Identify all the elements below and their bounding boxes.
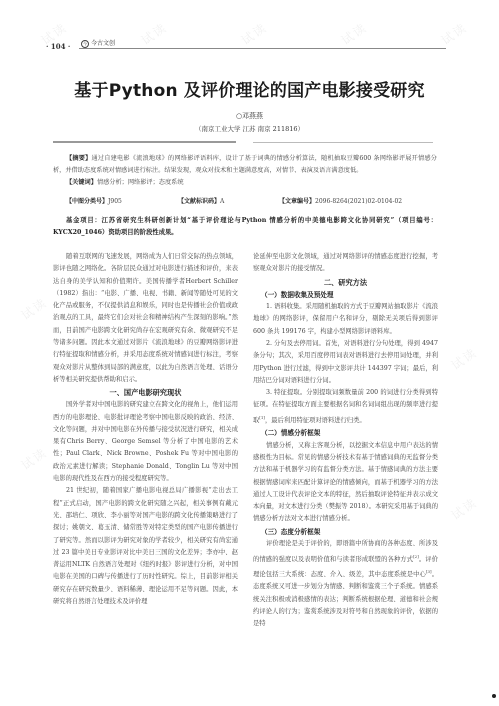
article-number: 【文章编号】2096-8264(2021)02-0104-02 <box>279 196 402 205</box>
header-rule <box>79 48 446 49</box>
page-number: · 104 · <box>46 42 70 51</box>
running-head: · 104 · 今今古文创 <box>46 38 446 52</box>
subsection-heading-1: （一）数据收集及预处理 <box>253 289 438 302</box>
subsection-heading-2: （二）情感分析框架 <box>253 427 438 440</box>
intro-paragraph: 随着互联网的飞速发展，网络成为人们日常交际的热点领域，影评也随之网络化。各阶层民… <box>53 251 238 386</box>
list-item: 1. 语料收集。采用随机抽取的方式于豆瓣网站抽取影片《流浪地球》的网络影评，保留… <box>253 301 438 338</box>
doc-code: 【文献标识码】A <box>178 196 224 205</box>
list-item: 2. 分句及去停用词。首先，对语料进行分句处理，得到 4947 条分句；其次，采… <box>253 338 438 387</box>
section-heading-1: 一、国产电影研究现状 <box>53 387 238 399</box>
paragraph: 国外学者对中国电影的研究建立在跨文化的视角上，他们运用西方的电影理论、电影批评理… <box>53 399 238 485</box>
subsection-heading-3: （三）态度分析框架 <box>253 526 438 539</box>
watermark: 试读 <box>18 294 51 324</box>
paragraph-continued: 论延伸至电影文化领域，通过对网络影评的情感态度进行挖掘，考察观众对影片的接受情况… <box>253 251 438 276</box>
keywords-text: 情感分析；网络影评；态度系统 <box>97 179 184 186</box>
author: ○邓燕燕 <box>0 111 499 121</box>
left-column: 随着互联网的飞速发展，网络成为人们日常交际的热点领域，影评也随之网络化。各阶层民… <box>53 251 238 608</box>
keywords: 【关键词】情感分析；网络影评；态度系统 <box>53 177 437 189</box>
paragraph: 情感分析，又称主客观分析，以挖掘文本信息中用户表达的情感极性为目标。常见的情感分… <box>253 440 438 526</box>
keywords-label: 【关键词】 <box>66 179 97 186</box>
abstract: 【摘要】通过自建电影《流浪地球》的网络影评语料库，设计了基于词典的情感分析算法，… <box>53 153 437 177</box>
fund-note: 基金项目：江苏省研究生科研创新计划“基于评价理论与Python 情感分析的中美德… <box>53 215 437 239</box>
paragraph: 评价理论是关于评价的，即语篇中所协商的各种态度、所涉及的情感的强度以及表明价值和… <box>253 538 438 630</box>
page-marker-dot <box>492 694 496 698</box>
article-title: 基于Python 及评价理论的国产电影接受研究 <box>0 76 499 101</box>
clc: 【中图分类号】J905 <box>66 196 122 205</box>
title-rule-right <box>253 142 433 143</box>
watermark: 试读 <box>448 494 481 524</box>
journal-name: 今今古文创 <box>81 38 115 48</box>
abstract-label: 【摘要】 <box>66 155 92 162</box>
abstract-block: 【摘要】通过自建电影《流浪地球》的网络影评语料库，设计了基于词典的情感分析算法，… <box>53 153 437 189</box>
watermark: 试读 <box>18 444 51 474</box>
journal-title: 今古文创 <box>91 40 115 47</box>
right-column: 论延伸至电影文化领域，通过对网络影评的情感态度进行挖掘，考察观众对影片的接受情况… <box>253 251 438 631</box>
watermark: 试读 <box>448 344 481 374</box>
section-heading-2: 二、研究方法 <box>253 277 438 289</box>
affiliation: （南京工业大学 江苏 南京 211816） <box>0 124 499 133</box>
abstract-text: 通过自建电影《流浪地球》的网络影评语料库，设计了基于词典的情感分析算法，随机抽取… <box>53 155 437 174</box>
list-item: 3. 特征提取。分别提取词频数量前 200 的词进行分类得到特征项。在特征提取方… <box>253 387 438 427</box>
paragraph: 21 世纪初，随着国家广播电影电视总局广播影视“走出去工程”正式启动，国产电影的… <box>53 485 238 608</box>
journal-logo-icon: 今 <box>81 40 89 48</box>
title-rule-left <box>53 141 236 143</box>
